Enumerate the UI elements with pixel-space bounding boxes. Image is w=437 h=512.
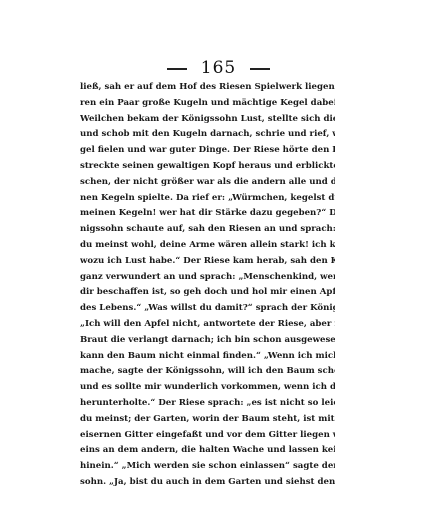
text-line: herunterholte.“ Der Riese sprach: „es is… (80, 396, 335, 412)
text-line: schen, der nicht größer war als die ande… (80, 175, 335, 191)
text-line: ganz verwundert an und sprach: „Menschen… (80, 270, 335, 286)
text-line: Braut die verlangt darnach; ich bin scho… (80, 333, 335, 349)
text-line: wozu ich Lust habe.“ Der Riese kam herab… (80, 254, 335, 270)
text-line: du meinst; der Garten, worin der Baum st… (80, 412, 335, 428)
text-line: und schob mit den Kugeln darnach, schrie… (80, 127, 335, 143)
text-line: nen Kegeln spielte. Da rief er: „Würmche… (80, 191, 335, 207)
text-line: Weilchen bekam der Königssohn Lust, stel… (80, 112, 335, 128)
text-line: gel fielen und war guter Dinge. Der Ries… (80, 143, 335, 159)
page-number: 165 (201, 58, 236, 78)
text-line: streckte seinen gewaltigen Kopf heraus u… (80, 159, 335, 175)
text-line: eisernen Gitter eingefaßt und vor dem Gi… (80, 428, 335, 444)
header-dash-right (250, 68, 270, 70)
text-line: „Ich will den Apfel nicht, antwortete de… (80, 317, 335, 333)
page-body-text: ließ, sah er auf dem Hof des Riesen Spie… (80, 80, 335, 491)
page-header: 165 (0, 58, 437, 78)
text-line: du meinst wohl, deine Arme wären allein … (80, 238, 335, 254)
text-line: ließ, sah er auf dem Hof des Riesen Spie… (80, 80, 335, 96)
text-line: des Lebens.“ „Was willst du damit?“ spra… (80, 301, 335, 317)
text-line: hinein.“ „Mich werden sie schon einlasse… (80, 459, 335, 475)
text-line: und es sollte mir wunderlich vorkommen, … (80, 380, 335, 396)
text-line: sohn. „Ja, bist du auch in dem Garten un… (80, 475, 335, 491)
book-page: 165 ließ, sah er auf dem Hof des Riesen … (0, 0, 437, 512)
text-line: dir beschaffen ist, so geh doch und hol … (80, 285, 335, 301)
text-line: mache, sagte der Königssohn, will ich de… (80, 364, 335, 380)
header-dash-left (167, 68, 187, 70)
text-line: eins an dem andern, die halten Wache und… (80, 443, 335, 459)
text-line: kann den Baum nicht einmal finden.“ „Wen… (80, 349, 335, 365)
text-line: nigssohn schaute auf, sah den Riesen an … (80, 222, 335, 238)
text-line: ren ein Paar große Kugeln und mächtige K… (80, 96, 335, 112)
text-line: meinen Kegeln! wer hat dir Stärke dazu g… (80, 206, 335, 222)
